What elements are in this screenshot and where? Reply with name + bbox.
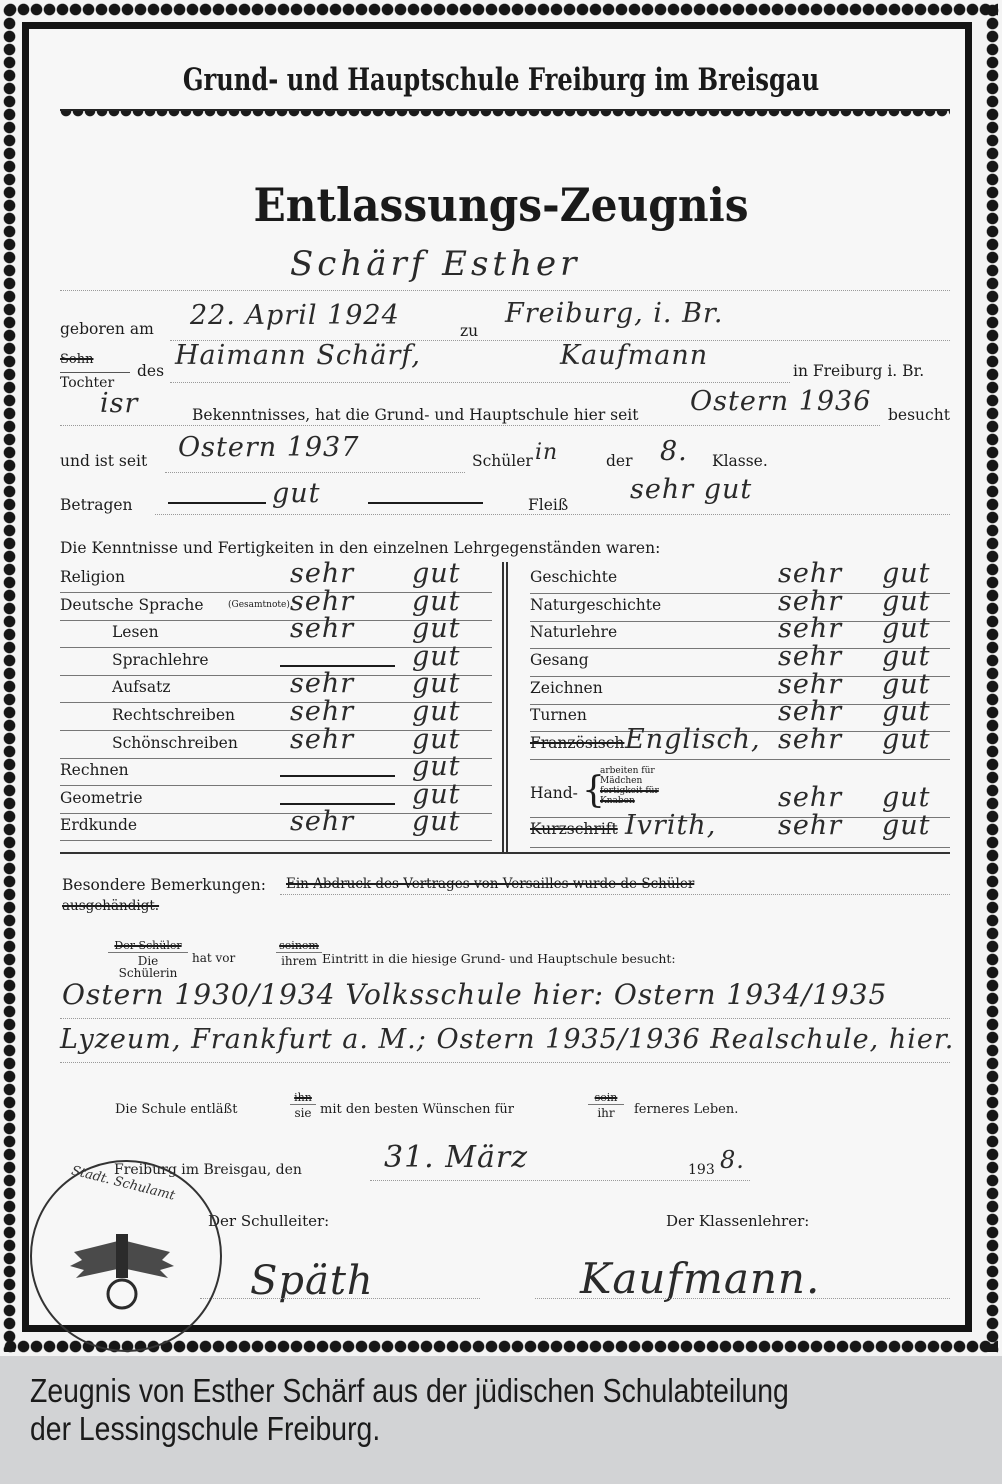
stamp-emblem-icon <box>62 1222 182 1312</box>
grade-subject-replacement: Englisch, <box>625 724 761 755</box>
remarks-struck-2: ausgehändigt. <box>62 898 159 914</box>
grade-row: FranzösischEnglisch,sehrgut <box>530 732 950 760</box>
brace-line: arbeiten für <box>600 766 655 776</box>
prior-line-2: Lyzeum, Frankfurt a. M.; Ostern 1935/193… <box>60 1024 954 1055</box>
year-suffix: 8. <box>720 1146 745 1174</box>
grade-subject: Erdkunde <box>60 816 137 834</box>
grade-subject: Lesen <box>112 623 159 641</box>
brace-line: fertigkeit für <box>600 786 659 796</box>
grade-value-2: gut <box>412 558 461 589</box>
farewell-pron-2-struck: sein <box>588 1092 624 1105</box>
grade-value-1: sehr <box>290 668 354 699</box>
prior-subject-value: Die Schülerin <box>108 953 188 979</box>
grade-subject-note: (Gesamtnote) <box>228 600 290 610</box>
grade-value-1: sehr <box>290 696 354 727</box>
prior-line-1: Ostern 1930/1934 Volksschule hier: Oster… <box>62 978 887 1011</box>
grade-subject: Naturlehre <box>530 623 617 641</box>
of-label: des <box>137 362 164 380</box>
teacher-line <box>535 1298 950 1299</box>
farewell-pron-2-value: ihr <box>588 1105 624 1119</box>
grade-value-1: sehr <box>290 613 354 644</box>
born-date: 22. April 1924 <box>190 300 400 331</box>
grade-subject-replacement: Ivrith, <box>625 810 716 841</box>
grade-value-1: sehr <box>778 641 842 672</box>
born-label: geboren am <box>60 320 154 338</box>
prior-pronoun-value: ihrem <box>276 953 322 967</box>
grade-row: KurzschriftIvrith,sehrgut <box>530 818 950 848</box>
grade-value-2: gut <box>412 751 461 782</box>
grade-dash <box>280 803 395 805</box>
grade-dash <box>280 665 395 667</box>
grade-value-2: gut <box>882 641 931 672</box>
grade-rule <box>60 840 492 841</box>
prior-subject-struck: Der Schüler <box>108 940 188 953</box>
pupil-since-label: und ist seit <box>60 452 147 470</box>
conduct-line <box>155 514 950 515</box>
year-prefix: 193 <box>688 1162 715 1178</box>
brace-line: Knaben <box>600 796 635 806</box>
prior-subject: Der Schüler Die Schülerin <box>108 940 188 979</box>
grade-subject: Geschichte <box>530 568 617 586</box>
grade-subject: Gesang <box>530 651 589 669</box>
grade-value-2: gut <box>882 782 931 813</box>
grade-subject: Hand- <box>530 784 578 802</box>
name-line <box>60 290 950 291</box>
farewell-text-1: Die Schule entläßt <box>115 1102 237 1117</box>
official-stamp: Stadt. Schulamt <box>30 1160 222 1352</box>
has-before: hat vor <box>192 951 235 965</box>
table-divider <box>502 562 508 852</box>
grade-value-1: sehr <box>778 810 842 841</box>
border-beads-top <box>4 3 998 16</box>
remarks-struck-1: Ein Abdruck des Vertrages von Versailles… <box>286 876 694 892</box>
grade-value-2: gut <box>412 806 461 837</box>
parent-occupation: Kaufmann <box>560 340 708 371</box>
prior-pronoun-struck: seinem <box>276 940 322 953</box>
class-label: der <box>606 452 633 470</box>
pupil-line <box>165 472 465 473</box>
teacher-signature: Kaufmann. <box>580 1254 820 1303</box>
attendance-text: Bekenntnisses, hat die Grund- und Haupts… <box>192 406 638 424</box>
school-name: Grund- und Hauptschule Freiburg im Breis… <box>110 62 892 98</box>
grade-value-2: gut <box>882 810 931 841</box>
farewell-pron-1-struck: ihn <box>290 1092 316 1105</box>
grade-subject: Turnen <box>530 706 587 724</box>
grade-subject: Rechnen <box>60 761 129 779</box>
teacher-label: Der Klassenlehrer: <box>666 1212 809 1230</box>
border-beads-left <box>3 4 16 1352</box>
grade-subject: Naturgeschichte <box>530 596 661 614</box>
grade-value-2: gut <box>882 613 931 644</box>
conduct-dash-right <box>368 502 483 504</box>
certificate-sheet: Grund- und Hauptschule Freiburg im Breis… <box>0 0 1002 1356</box>
diligence-value: sehr gut <box>630 474 752 505</box>
grade-dash <box>280 775 395 777</box>
grade-subject: Schönschreiben <box>112 734 238 752</box>
document-title: Entlassungs-Zeugnis <box>40 178 962 232</box>
grade-value-2: gut <box>412 586 461 617</box>
table-bottom-rule <box>60 852 950 854</box>
grade-subject: Aufsatz <box>112 678 171 696</box>
prior-dotline-2 <box>60 1062 950 1063</box>
grade-subject: Französisch <box>530 734 624 752</box>
conduct-dash-left <box>168 502 266 504</box>
grade-value-2: gut <box>412 613 461 644</box>
religion-value: isr <box>100 388 138 419</box>
attendance-suffix: besucht <box>888 406 950 424</box>
grade-subject: Rechtschreiben <box>112 706 235 724</box>
subjects-intro: Die Kenntnisse und Fertigkeiten in den e… <box>60 539 660 557</box>
grade-value-2: gut <box>882 696 931 727</box>
grade-subject: Kurzschrift <box>530 820 618 838</box>
class-value: 8. <box>660 436 688 467</box>
grade-value-1: sehr <box>778 613 842 644</box>
prior-pronoun: seinem ihrem <box>276 940 322 967</box>
caption-line-2: der Lessingschule Freiburg. <box>30 1410 856 1448</box>
prior-dotline-1 <box>60 1018 950 1019</box>
student-name: Schärf Esther <box>290 244 580 284</box>
parent-name: Haimann Schärf, <box>175 340 421 371</box>
farewell-text-3: ferneres Leben. <box>634 1102 738 1117</box>
grade-value-1: sehr <box>290 724 354 755</box>
grade-value-1: sehr <box>778 696 842 727</box>
parent-location: in Freiburg i. Br. <box>793 362 924 380</box>
child-label-struck: Sohn <box>60 352 93 367</box>
prior-rest: Eintritt in die hiesige Grund- und Haupt… <box>322 951 676 966</box>
pupil-suffix: in <box>535 440 558 465</box>
remarks-label: Besondere Bemerkungen: <box>62 876 266 894</box>
caption: Zeugnis von Esther Schärf aus der jüdisc… <box>30 1372 856 1448</box>
grade-value-2: gut <box>412 668 461 699</box>
grade-rule <box>530 759 950 760</box>
grade-value-1: sehr <box>290 558 354 589</box>
grade-value-1: sehr <box>778 724 842 755</box>
grade-value-1: sehr <box>290 806 354 837</box>
border-beads-right <box>986 4 999 1352</box>
caption-line-1: Zeugnis von Esther Schärf aus der jüdisc… <box>30 1372 856 1410</box>
farewell-pron-1: ihn sie <box>290 1092 316 1119</box>
grade-value-2: gut <box>882 724 931 755</box>
grade-value-1: sehr <box>290 586 354 617</box>
grade-rule <box>530 847 950 848</box>
grade-row: Erdkundesehrgut <box>60 814 492 841</box>
signature-date: 31. März <box>384 1140 528 1175</box>
born-place: Freiburg, i. Br. <box>505 298 723 329</box>
grade-value-2: gut <box>412 779 461 810</box>
conduct-label: Betragen <box>60 496 133 514</box>
grade-subject: Religion <box>60 568 125 586</box>
pupil-since: Ostern 1937 <box>178 432 359 463</box>
grade-subject: Sprachlehre <box>112 651 209 669</box>
class-suffix: Klasse. <box>712 452 768 470</box>
grade-value-2: gut <box>412 641 461 672</box>
brace-line: Mädchen <box>600 776 642 786</box>
pupil-label: Schüler <box>472 452 533 470</box>
grade-subject: Geometrie <box>60 789 143 807</box>
grade-subject: Deutsche Sprache <box>60 596 204 614</box>
farewell-text-2: mit den besten Wünschen für <box>320 1102 514 1117</box>
date-line <box>370 1180 750 1181</box>
diligence-label: Fleiß <box>528 496 568 514</box>
farewell-pron-1-value: sie <box>290 1105 316 1119</box>
remarks-line <box>280 894 950 895</box>
grade-value-2: gut <box>412 724 461 755</box>
attendance-line <box>60 425 880 426</box>
born-place-label: zu <box>460 322 478 340</box>
grade-value-2: gut <box>412 696 461 727</box>
child-label-divider <box>60 372 130 373</box>
conduct-value: gut <box>272 478 321 509</box>
grade-value-1: sehr <box>778 558 842 589</box>
stamp-text: Stadt. Schulamt <box>70 1163 177 1203</box>
principal-label: Der Schulleiter: <box>208 1212 329 1230</box>
header-scallop-rule <box>60 109 950 121</box>
farewell-pron-2: sein ihr <box>588 1092 624 1119</box>
grade-value-2: gut <box>882 558 931 589</box>
parent-line <box>170 382 790 383</box>
attendance-since: Ostern 1936 <box>690 386 871 417</box>
principal-line <box>200 1298 480 1299</box>
grade-value-1: sehr <box>778 782 842 813</box>
grade-subject: Zeichnen <box>530 679 603 697</box>
